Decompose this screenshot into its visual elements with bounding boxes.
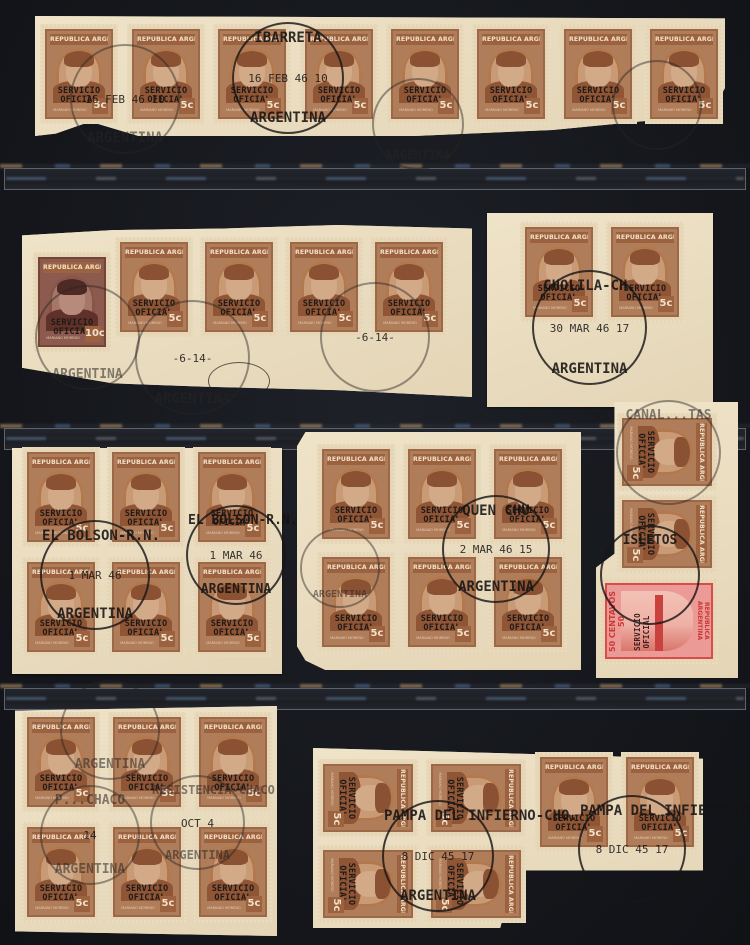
value-label: 5c	[611, 98, 627, 114]
stamp-50c-red-pictorial[interactable]: 50 CENTAVOS 50 REPUBLICA ARGENTINA SERVI…	[600, 578, 718, 664]
value-label: 5c	[627, 547, 643, 563]
portrait-name: MARIANO MORENO	[119, 905, 157, 911]
value-label: 5c	[587, 826, 603, 842]
value-label: 5c	[160, 896, 176, 912]
country-banner: REPUBLICA ARGENTINA	[203, 457, 261, 468]
value-label: 5c	[159, 631, 175, 647]
value-label: 10c	[85, 326, 101, 342]
portrait-name: MARIANO MORENO	[44, 335, 82, 341]
portrait-hair	[513, 579, 543, 595]
portrait-hair	[139, 264, 169, 280]
country-banner: REPUBLICA ARGENTINA	[32, 832, 90, 843]
country-banner: REPUBLICA ARGENTINA	[616, 232, 674, 243]
country-banner: REPUBLICA ARGENTINA	[32, 457, 90, 468]
value-label: 5c	[159, 521, 175, 537]
value-label: 5c	[265, 98, 281, 114]
value-label: 5c	[572, 296, 588, 312]
stamp-5c-moreno[interactable]: REPUBLICA ARGENTINA SERVICIOOFICIAL MARI…	[193, 557, 271, 657]
portrait-name: MARIANO MORENO	[118, 640, 156, 646]
portrait-name: MARIANO MORENO	[119, 795, 157, 801]
country-banner: REPUBLICA ARGENTINA	[505, 769, 516, 827]
stamp-5c-moreno[interactable]: REPUBLICA ARGENTINA SERVICIOOFICIAL MARI…	[107, 447, 185, 547]
stamp-5c-moreno[interactable]: REPUBLICA ARGENTINA SERVICIOOFICIAL MARI…	[194, 712, 272, 812]
stamp-5c-moreno[interactable]: REPUBLICA ARGENTINA SERVICIOOFICIAL MARI…	[489, 552, 567, 652]
stamp-5c-moreno[interactable]: REPUBLICA ARGENTINA SERVICIOOFICIAL MARI…	[300, 24, 378, 124]
portrait-hair	[46, 739, 76, 755]
value-label: 5c	[438, 98, 454, 114]
value-label: 5c	[179, 98, 195, 114]
portrait-name: MARIANO MORENO	[381, 320, 419, 326]
value-label: 5c	[524, 98, 540, 114]
portrait-name: MARIANO MORENO	[204, 530, 242, 536]
country-banner: REPUBLICA ARGENTINA	[204, 722, 262, 733]
portrait-hair	[394, 264, 424, 280]
stamp-5c-moreno[interactable]: REPUBLICA ARGENTINA SERVICIOOFICIAL MARI…	[200, 237, 278, 337]
stamp-5c-moreno[interactable]: REPUBLICA ARGENTINA SERVICIOOFICIAL MARI…	[107, 557, 185, 657]
portrait-hair	[237, 51, 267, 67]
portrait-hair	[324, 51, 354, 67]
country-banner: REPUBLICA ARGENTINA	[530, 232, 588, 243]
value-label: 5c	[245, 521, 261, 537]
stamp-5c-moreno[interactable]: REPUBLICA ARGENTINA SERVICIOOFICIAL MARI…	[472, 24, 550, 124]
stamp-5c-moreno[interactable]: REPUBLICA ARGENTINA SERVICIOOFICIAL MARI…	[115, 237, 193, 337]
portrait-name: MARIANO MORENO	[328, 635, 366, 641]
country-banner: REPUBLICA ARGENTINA	[545, 762, 603, 773]
country-banner: REPUBLICA ARGENTINA	[32, 567, 90, 578]
stamp-5c-moreno[interactable]: REPUBLICA ARGENTINA SERVICIOOFICIAL MARI…	[317, 444, 395, 544]
value-label: 5c	[455, 518, 471, 534]
stamp-5c-moreno[interactable]: REPUBLICA ARGENTINA SERVICIOOFICIAL MARI…	[403, 552, 481, 652]
value-label: 5c	[328, 897, 344, 913]
portrait-hair	[496, 51, 526, 67]
portrait-hair	[669, 51, 699, 67]
country-banner: REPUBLICA ARGENTINA	[295, 247, 353, 258]
value-label: 5c	[673, 826, 689, 842]
value-label: 5c	[422, 311, 438, 327]
value-label: 5c	[246, 896, 262, 912]
stamp-5c-moreno[interactable]: REPUBLICA ARGENTINA SERVICIOOFICIAL MARI…	[621, 752, 699, 852]
stamp-5c-moreno[interactable]: REPUBLICA ARGENTINA SERVICIOOFICIAL MARI…	[194, 822, 272, 922]
portrait-name: MARIANO MORENO	[205, 905, 243, 911]
portrait-hair	[217, 584, 247, 600]
stamp-5c-moreno[interactable]: REPUBLICA ARGENTINA SERVICIOOFICIAL MARI…	[127, 24, 205, 124]
portrait-name: MARIANO MORENO	[126, 320, 164, 326]
value-label: 5c	[627, 465, 643, 481]
country-banner: REPUBLICA ARGENTINA	[137, 34, 195, 45]
country-banner: REPUBLICA ARGENTINA	[32, 722, 90, 733]
portrait-hair	[544, 249, 574, 265]
stockbook-page: REPUBLICA ARGENTINA SERVICIOOFICIAL MARI…	[0, 0, 750, 945]
value-label: 5c	[92, 98, 108, 114]
stamp-5c-moreno[interactable]: REPUBLICA ARGENTINA SERVICIOOFICIAL MARI…	[22, 822, 100, 922]
stamp-5c-moreno[interactable]: REPUBLICA ARGENTINA SERVICIOOFICIAL MARI…	[193, 447, 271, 547]
portrait-hair	[513, 471, 543, 487]
portrait-hair	[341, 471, 371, 487]
portrait-hair	[583, 51, 613, 67]
stamp-5c-moreno[interactable]: REPUBLICA ARGENTINA SERVICIOOFICIAL MARI…	[108, 712, 186, 812]
country-banner: REPUBLICA ARGENTINA	[482, 34, 540, 45]
country-banner: REPUBLICA ARGENTINA	[380, 247, 438, 258]
portrait-hair	[674, 437, 690, 467]
portrait-name: MARIANO MORENO	[483, 107, 521, 113]
country-banner: REPUBLICA ARGENTINA	[569, 34, 627, 45]
portrait-name: MARIANO MORENO	[500, 635, 538, 641]
value-label: 5c	[658, 296, 674, 312]
portrait-hair	[483, 869, 499, 899]
value-label: 5c	[167, 311, 183, 327]
stamp-5c-moreno[interactable]: REPUBLICA ARGENTINA SERVICIOOFICIAL MARI…	[426, 845, 526, 923]
country-banner: REPUBLICA ARGENTINA	[499, 562, 557, 573]
portrait-hair	[674, 519, 690, 549]
value-label: 5c	[160, 786, 176, 802]
stamp-5c-moreno[interactable]: REPUBLICA ARGENTINA SERVICIOOFICIAL MARI…	[213, 24, 291, 124]
portrait-name: MARIANO MORENO	[311, 107, 349, 113]
value-label: 5c	[74, 631, 90, 647]
country-banner: REPUBLICA ARGENTINA	[413, 454, 471, 465]
portrait-name: MARIANO MORENO	[51, 107, 89, 113]
value-label: 5c	[245, 631, 261, 647]
portrait-hair	[645, 779, 675, 795]
stamp-5c-moreno[interactable]: REPUBLICA ARGENTINA SERVICIOOFICIAL MARI…	[285, 237, 363, 337]
value-label: 5c	[697, 98, 713, 114]
pen-scribble	[208, 362, 270, 400]
value-label: 5c	[369, 626, 385, 642]
stamp-5c-moreno[interactable]: REPUBLICA ARGENTINA SERVICIOOFICIAL MARI…	[108, 822, 186, 922]
stamp-10c-belgrano[interactable]: REPUBLICA ARGENTINA SERVICIOOFICIAL MARI…	[33, 252, 111, 352]
value-label: 5c	[352, 98, 368, 114]
country-banner: REPUBLICA ARGENTINA	[125, 247, 183, 258]
portrait-hair	[309, 264, 339, 280]
stamp-5c-moreno[interactable]: REPUBLICA ARGENTINA SERVICIOOFICIAL MARI…	[559, 24, 637, 124]
country-banner: REPUBLICA ARGENTINA	[631, 762, 689, 773]
portrait-name: MARIANO MORENO	[33, 905, 71, 911]
portrait-name: MARIANO MORENO	[33, 530, 71, 536]
country-banner: REPUBLICA ARGENTINA	[118, 832, 176, 843]
portrait-name: MARIANO MORENO	[138, 107, 176, 113]
country-banner: REPUBLICA ARGENTINA	[696, 423, 707, 481]
portrait-hair	[341, 579, 371, 595]
portrait-name: MARIANO MORENO	[397, 107, 435, 113]
portrait-hair	[218, 849, 248, 865]
value-label: 5c	[455, 626, 471, 642]
portrait-hair	[375, 783, 391, 813]
stamp-5c-moreno[interactable]: REPUBLICA ARGENTINA SERVICIOOFICIAL MARI…	[22, 447, 100, 547]
portrait-hair	[375, 869, 391, 899]
stamp-5c-moreno[interactable]: REPUBLICA ARGENTINA SERVICIOOFICIAL MARI…	[317, 552, 395, 652]
stamp-5c-moreno[interactable]: REPUBLICA ARGENTINA SERVICIOOFICIAL MARI…	[606, 222, 684, 322]
portrait-name: MARIANO MORENO	[632, 835, 670, 841]
portrait-name: MARIANO MORENO	[414, 527, 452, 533]
stamp-5c-moreno[interactable]: REPUBLICA ARGENTINA SERVICIOOFICIAL MARI…	[535, 752, 613, 852]
overprint-text: SERVICIOOFICIAL	[633, 607, 651, 657]
value-label: 5c	[541, 626, 557, 642]
portrait-hair	[46, 584, 76, 600]
country-banner: REPUBLICA ARGENTINA	[203, 567, 261, 578]
portrait-name: MARIANO MORENO	[205, 795, 243, 801]
portrait-hair	[132, 849, 162, 865]
portrait-hair	[427, 471, 457, 487]
country-label: REPUBLICA ARGENTINA	[696, 589, 710, 653]
value-label: 5c	[337, 311, 353, 327]
portrait-name: MARIANO MORENO	[329, 770, 335, 808]
country-banner: REPUBLICA ARGENTINA	[223, 34, 281, 45]
portrait-hair	[57, 279, 87, 295]
value-label: 5c	[436, 811, 452, 827]
country-banner: REPUBLICA ARGENTINA	[413, 562, 471, 573]
country-banner: REPUBLICA ARGENTINA	[327, 454, 385, 465]
value-label: 5c	[252, 311, 268, 327]
country-banner: REPUBLICA ARGENTINA	[43, 262, 101, 273]
portrait-name: MARIANO MORENO	[628, 424, 634, 462]
value-label: 5c	[74, 521, 90, 537]
portrait-name: MARIANO MORENO	[617, 305, 655, 311]
portrait-name: MARIANO MORENO	[531, 305, 569, 311]
glassine-strip	[0, 160, 750, 194]
country-banner: REPUBLICA ARGENTINA	[396, 34, 454, 45]
portrait-name: MARIANO MORENO	[211, 320, 249, 326]
portrait-name: MARIANO MORENO	[296, 320, 334, 326]
portrait-hair	[151, 51, 181, 67]
stamp-5c-moreno[interactable]: REPUBLICA ARGENTINA SERVICIOOFICIAL MARI…	[520, 222, 598, 322]
value-label: 5c	[74, 786, 90, 802]
portrait-hair	[427, 579, 457, 595]
portrait-hair	[64, 51, 94, 67]
portrait-hair	[218, 739, 248, 755]
stamp-5c-moreno[interactable]: REPUBLICA ARGENTINA SERVICIOOFICIAL MARI…	[40, 24, 118, 124]
stamp-5c-moreno[interactable]: REPUBLICA ARGENTINA SERVICIOOFICIAL MARI…	[617, 495, 717, 573]
portrait-hair	[132, 739, 162, 755]
country-banner: REPUBLICA ARGENTINA	[204, 832, 262, 843]
country-banner: REPUBLICA ARGENTINA	[499, 454, 557, 465]
country-banner: REPUBLICA ARGENTINA	[327, 562, 385, 573]
value-label: 5c	[246, 786, 262, 802]
portrait-hair	[131, 474, 161, 490]
stamp-5c-moreno[interactable]: REPUBLICA ARGENTINA SERVICIOOFICIAL MARI…	[403, 444, 481, 544]
portrait-name: MARIANO MORENO	[224, 107, 262, 113]
country-banner: REPUBLICA ARGENTINA	[505, 855, 516, 913]
portrait-name: MARIANO MORENO	[437, 770, 443, 808]
stamp-5c-moreno[interactable]: REPUBLICA ARGENTINA SERVICIOOFICIAL MARI…	[370, 237, 448, 337]
portrait-name: MARIANO MORENO	[33, 640, 71, 646]
value-label: 5c	[74, 896, 90, 912]
portrait-hair	[46, 849, 76, 865]
portrait-hair	[559, 779, 589, 795]
country-banner: REPUBLICA ARGENTINA	[696, 505, 707, 563]
stamp-5c-moreno[interactable]: REPUBLICA ARGENTINA SERVICIOOFICIAL MARI…	[426, 759, 526, 837]
portrait-name: MARIANO MORENO	[414, 635, 452, 641]
portrait-name: MARIANO MORENO	[118, 530, 156, 536]
stamp-5c-moreno[interactable]: REPUBLICA ARGENTINA SERVICIOOFICIAL MARI…	[386, 24, 464, 124]
value-label: 5c	[328, 811, 344, 827]
portrait-name: MARIANO MORENO	[33, 795, 71, 801]
portrait-hair	[224, 264, 254, 280]
country-banner: REPUBLICA ARGENTINA	[397, 769, 408, 827]
value-label: 5c	[541, 518, 557, 534]
portrait-hair	[131, 584, 161, 600]
stamp-5c-moreno[interactable]: REPUBLICA ARGENTINA SERVICIOOFICIAL MARI…	[318, 845, 418, 923]
country-banner: REPUBLICA ARGENTINA	[397, 855, 408, 913]
portrait-name: MARIANO MORENO	[328, 527, 366, 533]
stamp-5c-moreno[interactable]: REPUBLICA ARGENTINA SERVICIOOFICIAL MARI…	[318, 759, 418, 837]
value-label: 50 CENTAVOS 50	[608, 589, 620, 653]
country-banner: REPUBLICA ARGENTINA	[118, 722, 176, 733]
stamp-5c-moreno[interactable]: REPUBLICA ARGENTINA SERVICIOOFICIAL MARI…	[22, 557, 100, 657]
portrait-hair	[410, 51, 440, 67]
value-label: 5c	[436, 897, 452, 913]
stamp-5c-moreno[interactable]: REPUBLICA ARGENTINA SERVICIOOFICIAL MARI…	[22, 712, 100, 812]
portrait-name: MARIANO MORENO	[500, 527, 538, 533]
obelisk-icon	[655, 595, 663, 651]
portrait-hair	[217, 474, 247, 490]
portrait-hair	[630, 249, 660, 265]
portrait-name: MARIANO MORENO	[628, 506, 634, 544]
country-banner: REPUBLICA ARGENTINA	[50, 34, 108, 45]
portrait-name: MARIANO MORENO	[329, 856, 335, 894]
stamp-5c-moreno[interactable]: REPUBLICA ARGENTINA SERVICIOOFICIAL MARI…	[617, 413, 717, 491]
portrait-name: MARIANO MORENO	[656, 107, 694, 113]
country-banner: REPUBLICA ARGENTINA	[655, 34, 713, 45]
stamp-5c-moreno[interactable]: REPUBLICA ARGENTINA SERVICIOOFICIAL MARI…	[489, 444, 567, 544]
country-banner: REPUBLICA ARGENTINA	[310, 34, 368, 45]
country-banner: REPUBLICA ARGENTINA	[117, 567, 175, 578]
value-label: 5c	[369, 518, 385, 534]
country-banner: REPUBLICA ARGENTINA	[210, 247, 268, 258]
country-banner: REPUBLICA ARGENTINA	[117, 457, 175, 468]
portrait-name: MARIANO MORENO	[204, 640, 242, 646]
portrait-name: MARIANO MORENO	[437, 856, 443, 894]
stamp-5c-moreno[interactable]: REPUBLICA ARGENTINA SERVICIOOFICIAL MARI…	[645, 24, 723, 124]
portrait-hair	[46, 474, 76, 490]
portrait-name: MARIANO MORENO	[546, 835, 584, 841]
portrait-name: MARIANO MORENO	[570, 107, 608, 113]
portrait-hair	[483, 783, 499, 813]
